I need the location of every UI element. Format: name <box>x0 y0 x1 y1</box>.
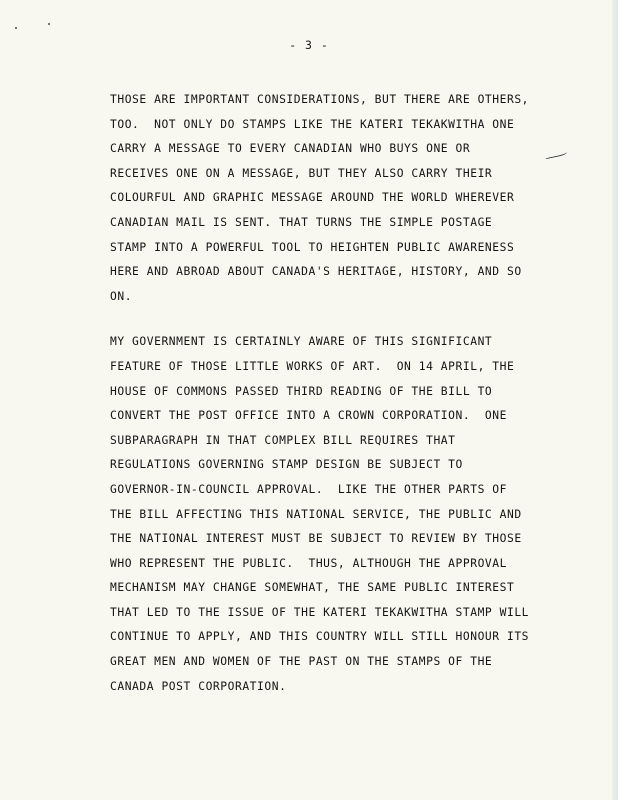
page-number: - 3 - <box>0 38 618 52</box>
text-line: COLOURFUL AND GRAPHIC MESSAGE AROUND THE… <box>110 186 580 211</box>
text-line: STAMP INTO A POWERFUL TOOL TO HEIGHTEN P… <box>110 236 580 261</box>
paper-speck <box>48 23 50 25</box>
text-line: SUBPARAGRAPH IN THAT COMPLEX BILL REQUIR… <box>110 429 580 454</box>
document-page: - 3 - THOSE ARE IMPORTANT CONSIDERATIONS… <box>0 0 612 800</box>
text-line: CANADIAN MAIL IS SENT. THAT TURNS THE SI… <box>110 211 580 236</box>
text-line: MY GOVERNMENT IS CERTAINLY AWARE OF THIS… <box>110 330 580 355</box>
text-line: CONTINUE TO APPLY, AND THIS COUNTRY WILL… <box>110 625 580 650</box>
text-line: GOVERNOR-IN-COUNCIL APPROVAL. LIKE THE O… <box>110 478 580 503</box>
text-line: THAT LED TO THE ISSUE OF THE KATERI TEKA… <box>110 601 580 626</box>
document-body: THOSE ARE IMPORTANT CONSIDERATIONS, BUT … <box>110 88 580 720</box>
text-line: REGULATIONS GOVERNING STAMP DESIGN BE SU… <box>110 453 580 478</box>
text-line: GREAT MEN AND WOMEN OF THE PAST ON THE S… <box>110 650 580 675</box>
page-edge <box>612 0 618 800</box>
text-line: CANADA POST CORPORATION. <box>110 675 580 700</box>
paper-speck <box>15 27 17 29</box>
text-line: CARRY A MESSAGE TO EVERY CANADIAN WHO BU… <box>110 137 580 162</box>
text-line: HERE AND ABROAD ABOUT CANADA'S HERITAGE,… <box>110 260 580 285</box>
paragraph-1: THOSE ARE IMPORTANT CONSIDERATIONS, BUT … <box>110 88 580 309</box>
paragraph-2: MY GOVERNMENT IS CERTAINLY AWARE OF THIS… <box>110 330 580 699</box>
text-line: THE NATIONAL INTEREST MUST BE SUBJECT TO… <box>110 527 580 552</box>
text-line: RECEIVES ONE ON A MESSAGE, BUT THEY ALSO… <box>110 162 580 187</box>
text-line: THE BILL AFFECTING THIS NATIONAL SERVICE… <box>110 503 580 528</box>
text-line: HOUSE OF COMMONS PASSED THIRD READING OF… <box>110 380 580 405</box>
text-line: WHO REPRESENT THE PUBLIC. THUS, ALTHOUGH… <box>110 552 580 577</box>
text-line: FEATURE OF THOSE LITTLE WORKS OF ART. ON… <box>110 355 580 380</box>
text-line: CONVERT THE POST OFFICE INTO A CROWN COR… <box>110 404 580 429</box>
text-line: ON. <box>110 285 580 310</box>
text-line: THOSE ARE IMPORTANT CONSIDERATIONS, BUT … <box>110 88 580 113</box>
text-line: TOO. NOT ONLY DO STAMPS LIKE THE KATERI … <box>110 113 580 138</box>
text-line: MECHANISM MAY CHANGE SOMEWHAT, THE SAME … <box>110 576 580 601</box>
